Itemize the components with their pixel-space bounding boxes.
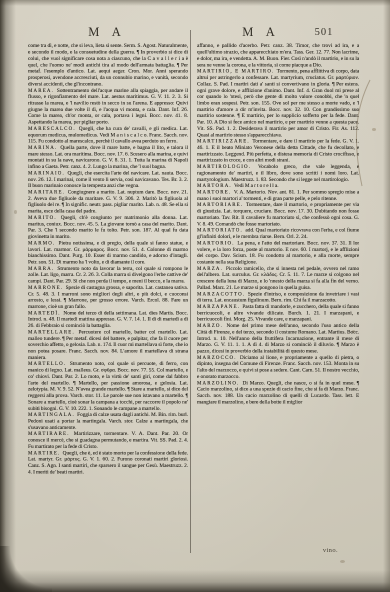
column-rule <box>190 30 191 553</box>
fox-spot <box>372 128 376 131</box>
dictionary-entry: MARINAIO. Quegli, che esercita l'arte de… <box>28 170 188 189</box>
entry-headword: MARTINGALA. <box>28 412 77 417</box>
right-column-text: affanno, e pallido d'acerbo. Petr. canz.… <box>197 43 359 406</box>
entry-headword: MAREA. <box>28 88 57 93</box>
entry-headword: MARTELLARE. <box>28 330 79 335</box>
dictionary-entry: MARTIRIO, E MARTIRO. Tormento, pena affl… <box>197 68 359 138</box>
dictionary-entry: MARMO. Pietra notissima, e di pregio, de… <box>28 240 188 265</box>
entry-headword: MARTORIO. <box>197 241 237 246</box>
entry-headword: MARTIRARE. <box>28 431 74 436</box>
fox-spot <box>340 560 345 563</box>
dictionary-entry: MARTORIO. La pena, e l'atto del martoria… <box>197 240 359 265</box>
dictionary-entry: MARZAPANE. Pasta fatta di mandorle, e zu… <box>197 304 359 323</box>
entry-headword: MARTIRE. <box>28 451 63 456</box>
entry-headword: MARZO. <box>197 323 226 328</box>
entry-text: affanno, e pallido d'acerbo. Petr. canz.… <box>197 43 359 68</box>
entry-headword: MARTEDÌ. <box>28 311 63 316</box>
left-column: come tra dì, e notte, che si leva, lieta… <box>28 43 188 553</box>
catchword: vino. <box>276 547 338 554</box>
dictionary-entry: MARTELLARE. Percuotere col martello, bat… <box>28 329 188 361</box>
entry-headword: MARTORA. <box>197 183 234 188</box>
entry-headword: MARTIRIO, E MARTIRO. <box>197 69 277 74</box>
fox-spot <box>14 210 17 214</box>
dictionary-entry: MARTIRARE. Martirizzare, tormentare. V. … <box>28 431 188 450</box>
dictionary-entry: MARINA. Quella parte, dove il mare batte… <box>28 145 188 170</box>
entry-headword: MARRA. <box>28 266 57 271</box>
entry-headword: MARRONE. <box>28 285 66 290</box>
dictionary-entry: MARZOCCO. Diciamo al lione, e propriamen… <box>197 355 359 380</box>
dictionary-entry: MARTIRIZZARE. Tormentare, e dare il mart… <box>197 138 359 163</box>
running-header-left: M A <box>28 25 186 40</box>
entry-text: Vedi M a r t o r e l l a. <box>234 183 279 189</box>
entry-headword: MARMO. <box>28 241 59 246</box>
entry-text: come tra dì, e notte, che si leva, lieta… <box>28 43 188 87</box>
dictionary-entry: MARTINGALA. Foggia di calze usata dagli … <box>28 412 188 431</box>
dictionary-entry: MARZO. Nome del primo mese dell'anno, se… <box>197 323 359 355</box>
entry-headword: MARTORIATO. <box>197 228 245 233</box>
entry-headword: MARTELLO. <box>28 362 70 367</box>
dictionary-entry: MARTIROLOGIO. Vocabolo greco, che vale l… <box>197 164 359 183</box>
entry-headword: MARZOCCO. <box>197 355 240 360</box>
dictionary-entry: MARTORIATO. add. Qual martoriato ricovra… <box>197 227 359 240</box>
entry-headword: MARZACOTTO. <box>197 292 248 297</box>
page-number: 501 <box>306 27 342 38</box>
dictionary-entry: come tra dì, e notte, che si leva, lieta… <box>28 43 188 88</box>
entry-headword: MARITARE. <box>28 190 68 195</box>
entry-headword: MARINA. <box>28 145 60 150</box>
entry-headword: MARZA. <box>197 266 226 271</box>
entry-text: Strumento noto, col quale si percuote, d… <box>28 361 188 411</box>
dictionary-entry: MARITARE. Congiugnere a marito. Lat. nup… <box>28 189 188 214</box>
entry-headword: MARTIROLOGIO. <box>197 164 258 169</box>
entry-headword: MARTIRIZZARE. <box>197 139 252 144</box>
dictionary-entry: MARTORE. V. A. Martorio. Nov. ant. 81. 1… <box>197 189 359 202</box>
scanned-dictionary-page: M A M A 501 come tra dì, e notte, che si… <box>0 0 390 592</box>
left-column-text: come tra dì, e notte, che si leva, lieta… <box>28 43 188 475</box>
entry-headword: MARESCALCO. <box>28 126 79 131</box>
entry-headword: MARZOLINO. <box>197 381 243 386</box>
dictionary-entry: MARZOLINO. Di Marzo. Quegli, che nasce, … <box>197 380 359 405</box>
entry-headword: MARINAIO. <box>28 171 67 176</box>
dictionary-entry: MAREA. Sottentramento dell'acque marine … <box>28 88 188 126</box>
dictionary-entry: MARTEDÌ. Nome del terzo dì della settima… <box>28 310 188 329</box>
entry-headword: MARTORE. <box>197 190 234 195</box>
dictionary-entry: MARESCALCO. Quegli, che ha cura de' cava… <box>28 126 188 145</box>
entry-headword: MARZAPANE. <box>197 304 242 309</box>
dictionary-entry: MARITO. Quegli, ch'è congiunto per matri… <box>28 215 188 240</box>
dictionary-entry: affanno, e pallido d'acerbo. Petr. canz.… <box>197 43 359 68</box>
right-column: affanno, e pallido d'acerbo. Petr. canz.… <box>197 43 359 553</box>
entry-headword: MARITO. <box>28 215 61 220</box>
dictionary-entry: MARRA. Strumento noto da lavorar la terr… <box>28 266 188 285</box>
dictionary-entry: MARRONE. Spezie di castagna grossa, e sa… <box>28 285 188 310</box>
dictionary-entry: MARZACOTTO. Spezie d'intriso, e composiz… <box>197 291 359 304</box>
dictionary-entry: MARZA. Piccolo ramicello, che si innesta… <box>197 266 359 291</box>
dictionary-entry: MARTELLO. Strumento noto, col quale si p… <box>28 361 188 412</box>
dictionary-entry: MARTIRE. Quegli, che è, ed è stato morto… <box>28 450 188 475</box>
entry-headword: MARTORIARE. <box>197 203 246 208</box>
entry-text: Sottentramento dell'acque marine alla sp… <box>28 88 188 126</box>
entry-text: Tormento, pena afflittiva di corpo, data… <box>197 68 359 137</box>
dictionary-entry: MARTORIARE. Tormentare, dare il martorio… <box>197 202 359 227</box>
